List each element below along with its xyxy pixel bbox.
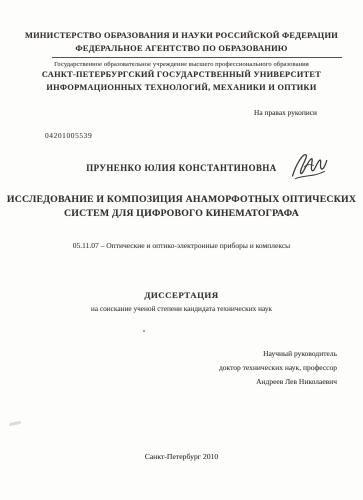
dissertation-title: ИССЛЕДОВАНИЕ И КОМПОЗИЦИЯ АНАМОРФОТНЫХ О… <box>0 193 363 221</box>
institution-name-line-1: САНКТ-ПЕТЕРБУРГСКИЙ ГОСУДАРСТВЕННЫЙ УНИВ… <box>0 70 363 79</box>
place-and-year: Санкт-Петербург 2010 <box>0 452 363 461</box>
header-divider <box>52 57 342 58</box>
dissertation-title-line-2: СИСТЕМ ДЛЯ ЦИФРОВОГО КИНЕМАТОГРАФА <box>0 207 363 221</box>
ministry-line-1: МИНИСТЕРСТВО ОБРАЗОВАНИЯ И НАУКИ РОССИЙС… <box>0 31 363 40</box>
ministry-line-2: ФЕДЕРАЛЬНОЕ АГЕНТСТВО ПО ОБРАЗОВАНИЮ <box>0 44 363 53</box>
supervisor-name: Андреев Лев Николаевич <box>219 375 337 389</box>
supervisor-degree: доктор технических наук, профессор <box>219 361 337 375</box>
scan-smudge <box>9 421 21 426</box>
specialty-code-line: 05.11.07 – Оптические и оптико-электронн… <box>0 241 363 250</box>
institution-type-line: Государственное образовательное учрежден… <box>0 61 363 68</box>
manuscript-rights-note: На правах рукописи <box>254 108 317 117</box>
supervisor-block: Научный руководитель доктор технических … <box>219 347 337 389</box>
scan-speck-dot <box>143 330 145 332</box>
registration-number: 04201005539 <box>45 131 92 140</box>
supervisor-label: Научный руководитель <box>219 347 337 361</box>
degree-note-line: на соискание ученой степени кандидата те… <box>0 304 363 313</box>
dissertation-title-page: МИНИСТЕРСТВО ОБРАЗОВАНИЯ И НАУКИ РОССИЙС… <box>0 0 363 500</box>
institution-name-line-2: ИНФОРМАЦИОННЫХ ТЕХНОЛОГИЙ, МЕХАНИКИ И ОП… <box>0 83 363 92</box>
document-type-heading: ДИССЕРТАЦИЯ <box>0 290 363 300</box>
handwritten-signature-icon <box>287 148 329 184</box>
dissertation-title-line-1: ИССЛЕДОВАНИЕ И КОМПОЗИЦИЯ АНАМОРФОТНЫХ О… <box>0 193 363 207</box>
